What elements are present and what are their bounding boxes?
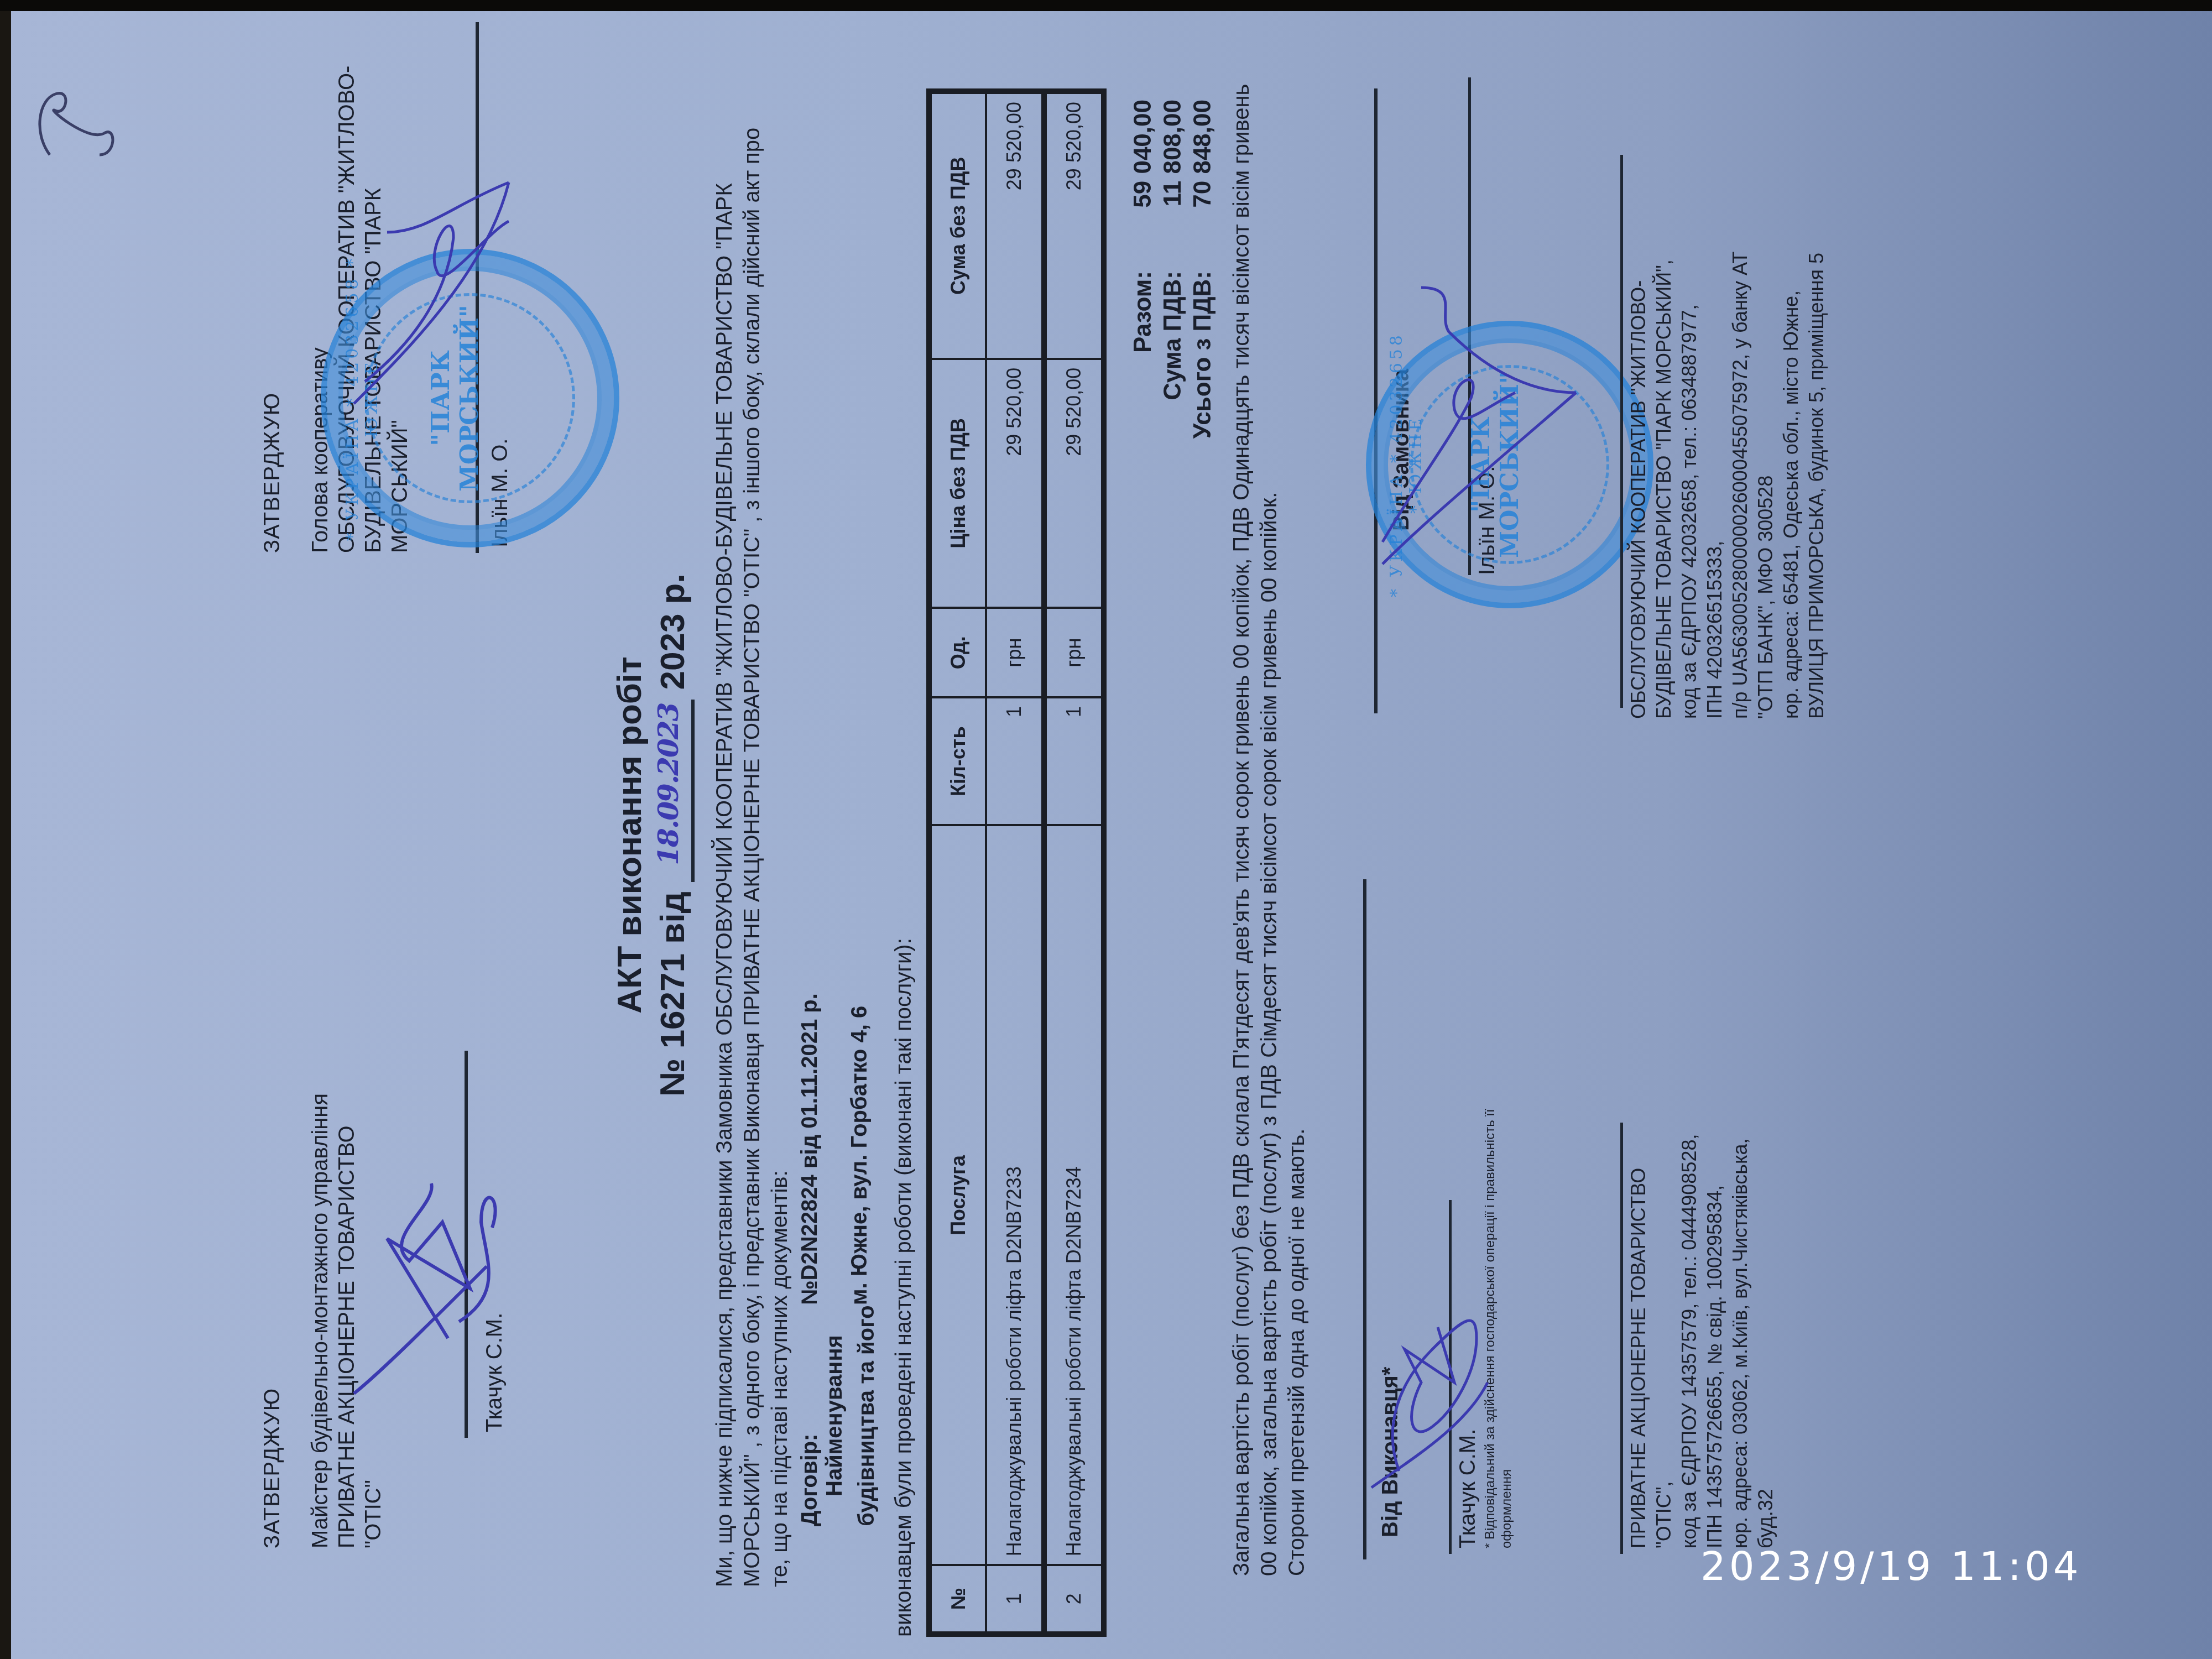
col-unit: Од. <box>929 608 986 697</box>
executor-signature-icon <box>348 1172 503 1405</box>
subtotal-label: Разом: <box>1128 271 1158 487</box>
act-year: 2023 р. <box>654 573 692 690</box>
executor-requisites: ПРИВАТНЕ АКЦІОНЕРНЕ ТОВАРИСТВО "ОТІС", к… <box>1626 1051 1778 1548</box>
customer-requisites-rule <box>1620 155 1623 708</box>
photo-timestamp: 2023/9/19 11:04 <box>1700 1543 2082 1589</box>
total-value: 70 848,00 <box>1188 100 1218 271</box>
executor-approval-block: ЗАТВЕРДЖУЮ Майстер будівельно-монтажного… <box>260 995 387 1548</box>
vat-row: Сума ПДВ: 11 808,00 <box>1158 100 1188 487</box>
row-price: 29 520,00 <box>986 359 1044 608</box>
contract-value: №D2N22824 від 01.11.2021 р. <box>796 993 823 1305</box>
subtotal-row: Разом: 59 040,00 <box>1128 100 1158 487</box>
vat-value: 11 808,00 <box>1158 100 1188 271</box>
works-intro: виконавцем були проведені наступні робот… <box>890 938 917 1637</box>
site-value: м. Южне, вул. Горбатко 4, 6 <box>846 1006 873 1305</box>
row-service: Налагоджувальні роботи ліфта D2NB7233 <box>986 825 1044 1565</box>
row-no: 1 <box>986 1565 1044 1634</box>
col-qty: Кіл-сть <box>929 697 986 825</box>
table-row: 1 Налагоджувальні роботи ліфта D2NB7233 … <box>986 91 1044 1634</box>
document-page: ЗАТВЕРДЖУЮ Майстер будівельно-монтажного… <box>11 11 2212 1659</box>
act-date-field: 18.09.2023 <box>658 700 695 882</box>
vat-label: Сума ПДВ: <box>1158 271 1188 487</box>
act-number: № 16271 від <box>654 891 692 1097</box>
executor-approval-heading: ЗАТВЕРДЖУЮ <box>260 995 285 1548</box>
intro-paragraph: Ми, що нижче підписалися, представники З… <box>711 94 794 1587</box>
document-title: АКТ виконання робіт № 16271 від 18.09.20… <box>608 11 695 1659</box>
col-service: Послуга <box>929 825 986 1565</box>
executor-bottom-signature-icon <box>1366 1217 1499 1493</box>
customer-approval-heading: ЗАТВЕРДЖУЮ <box>260 22 285 553</box>
act-number-line: № 16271 від 18.09.2023 2023 р. <box>651 11 695 1659</box>
row-price: 29 520,00 <box>1044 359 1104 608</box>
totals-block: Разом: 59 040,00 Сума ПДВ: 11 808,00 Усь… <box>1128 100 1218 487</box>
col-price: Ціна без ПДВ <box>929 359 986 608</box>
table-header-row: № Послуга Кіл-сть Од. Ціна без ПДВ Сума … <box>929 91 986 1634</box>
executor-requisites-rule <box>1620 1123 1623 1554</box>
row-qty: 1 <box>1044 697 1104 825</box>
subtotal-value: 59 040,00 <box>1128 100 1158 271</box>
customer-requisites: ОБСЛУГОВУЮЧИЙ КООПЕРАТИВ "ЖИТЛОВО- БУДІВ… <box>1626 22 1829 719</box>
row-sum: 29 520,00 <box>1044 91 1104 359</box>
total-row: Усього з ПДВ: 70 848,00 <box>1188 100 1218 487</box>
summary-paragraph: Загальна вартість робіт (послуг) без ПДВ… <box>1228 83 1311 1576</box>
row-no: 2 <box>1044 1565 1104 1634</box>
col-sum: Сума без ПДВ <box>929 91 986 359</box>
services-table: № Послуга Кіл-сть Од. Ціна без ПДВ Сума … <box>926 88 1107 1637</box>
customer-bottom-signature-icon <box>1371 265 1593 575</box>
customer-approval-signature-icon <box>343 166 536 415</box>
col-no: № <box>929 1565 986 1634</box>
table-row: 2 Налагоджувальні роботи ліфта D2NB7234 … <box>1044 91 1104 1634</box>
total-label: Усього з ПДВ: <box>1188 271 1218 487</box>
act-handwritten-date: 18.09.2023 <box>647 703 690 865</box>
row-qty: 1 <box>986 697 1044 825</box>
row-sum: 29 520,00 <box>986 91 1044 359</box>
site-label: Найменування будівництва та його <box>818 1277 883 1554</box>
handwritten-mark-icon <box>33 77 122 166</box>
row-unit: грн <box>1044 608 1104 697</box>
row-service: Налагоджувальні роботи ліфта D2NB7234 <box>1044 825 1104 1565</box>
act-title: АКТ виконання робіт <box>608 11 651 1659</box>
rotated-document: ЗАТВЕРДЖУЮ Майстер будівельно-монтажного… <box>0 0 2212 1659</box>
row-unit: грн <box>986 608 1044 697</box>
